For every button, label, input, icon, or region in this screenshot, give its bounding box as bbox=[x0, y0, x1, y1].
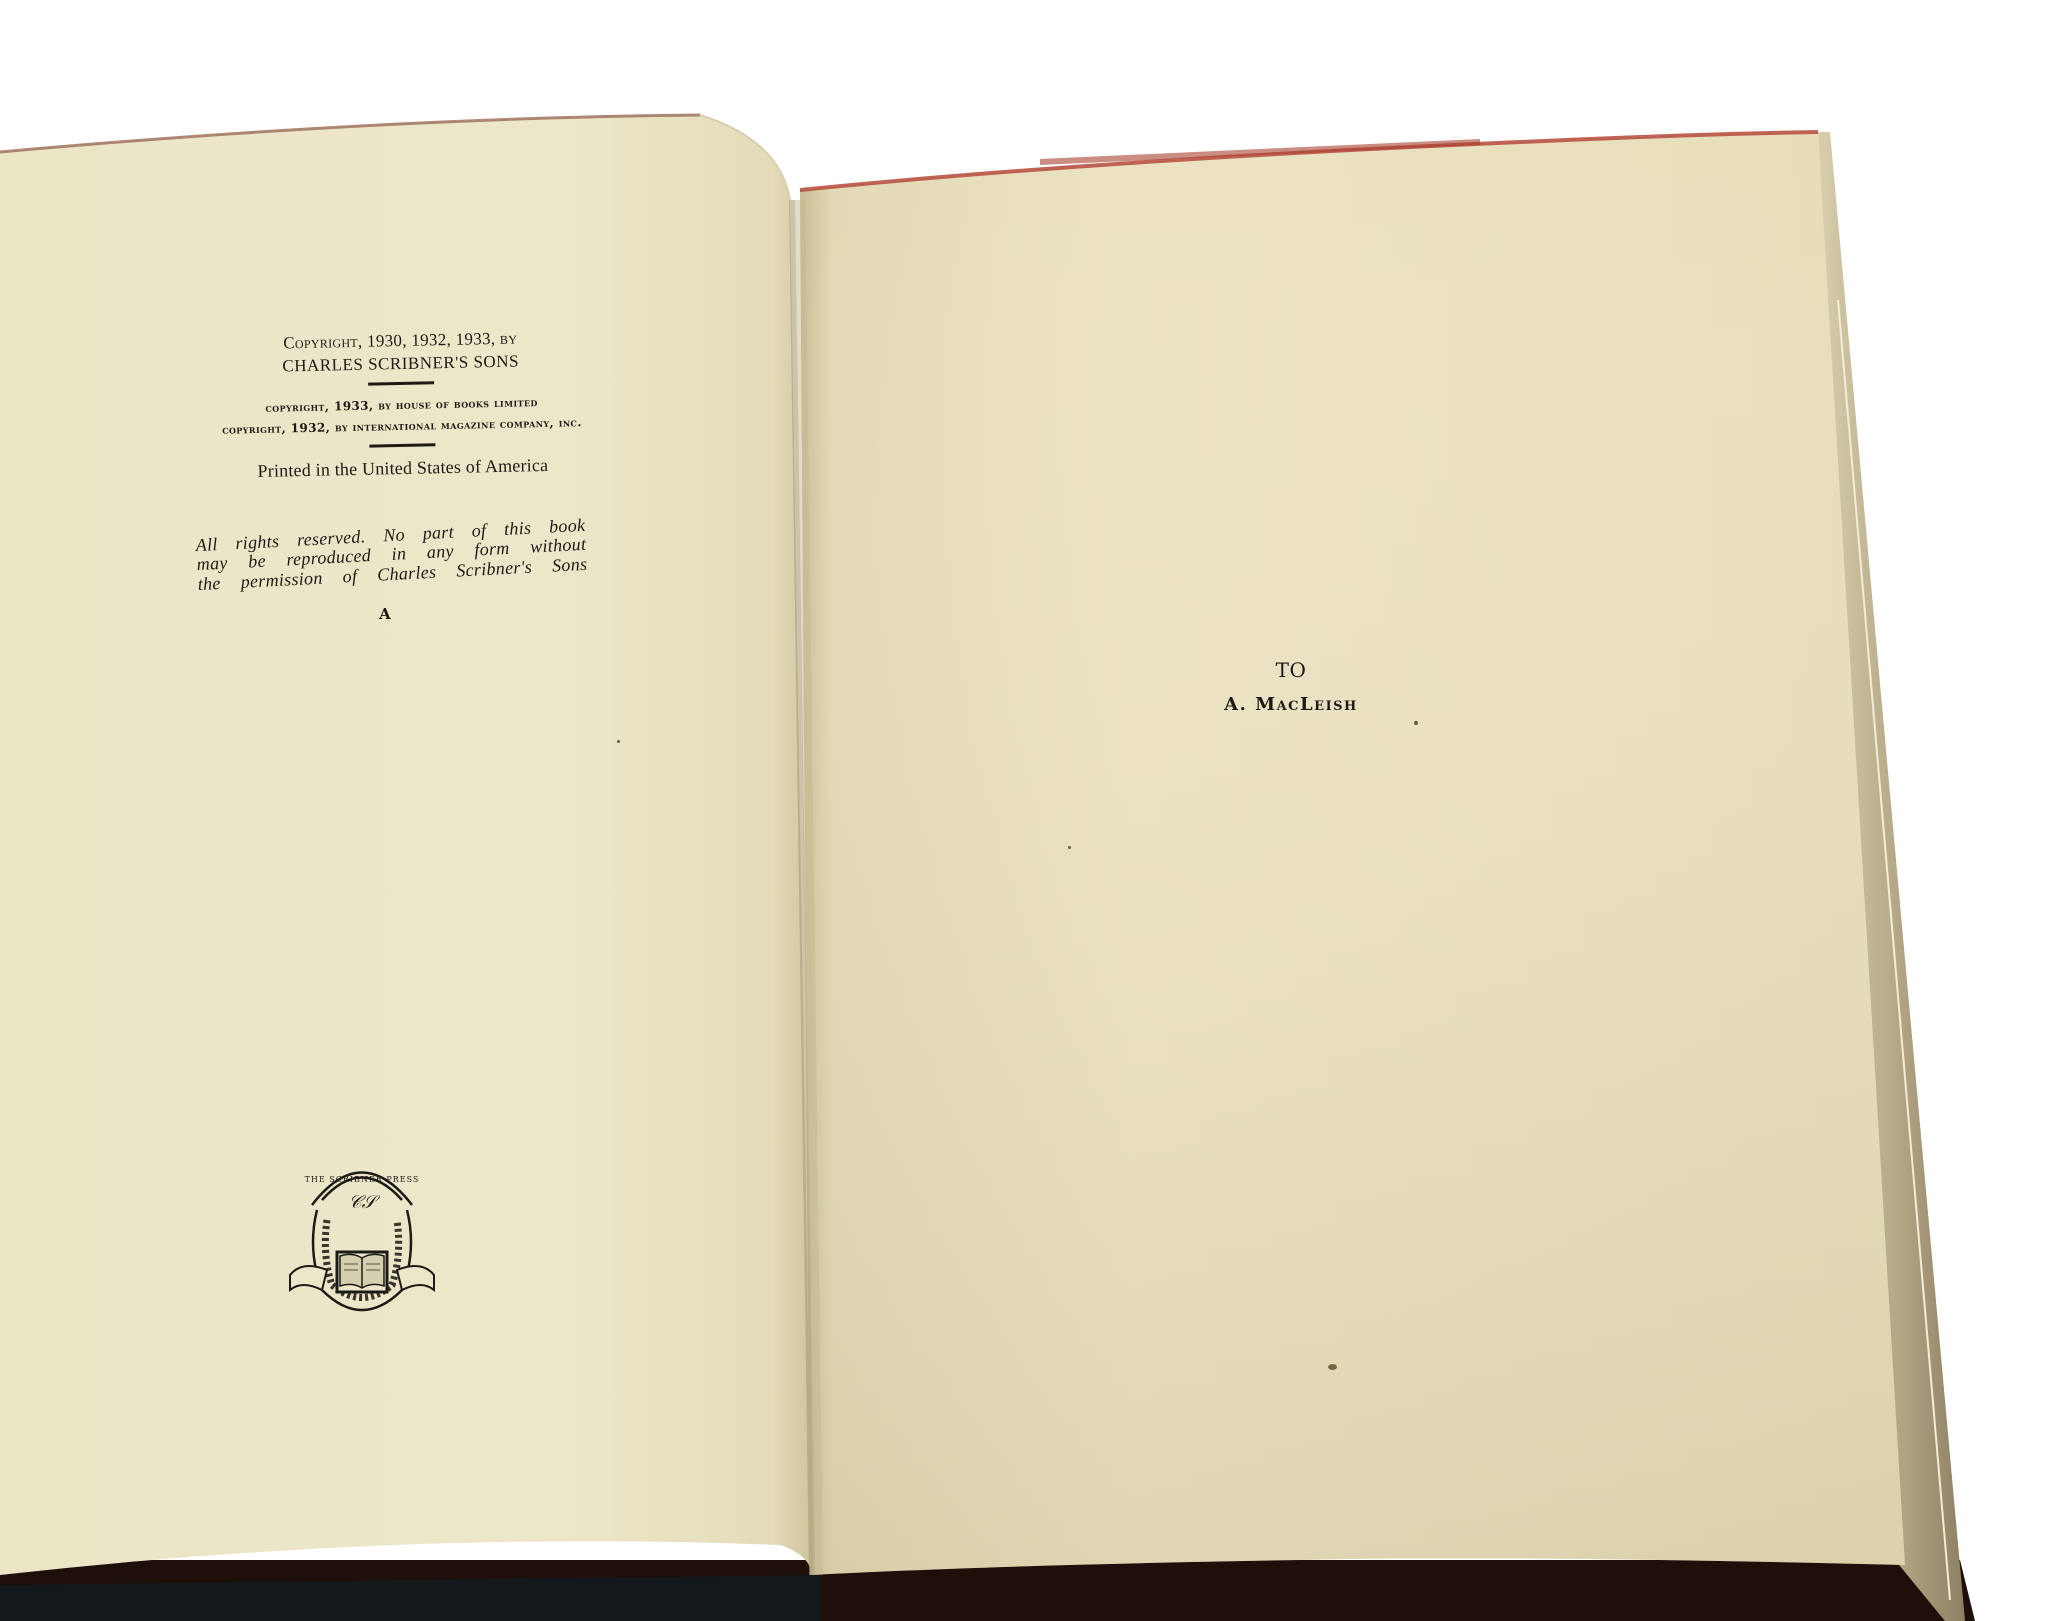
paper-speck bbox=[1068, 846, 1071, 849]
dedication-name: A. MacLeish bbox=[1132, 694, 1450, 715]
paper-speck bbox=[1414, 721, 1418, 725]
paper-speck bbox=[1328, 1364, 1337, 1370]
open-book-photo: Copyright, 1930, 1932, 1933, by CHARLES … bbox=[0, 0, 2048, 1621]
open-book-shape bbox=[0, 0, 2048, 1621]
printing-code: A bbox=[370, 605, 400, 623]
divider-rule bbox=[369, 443, 435, 447]
svg-text:𝒞𝒮: 𝒞𝒮 bbox=[348, 1192, 380, 1213]
svg-text:THE SCRIBNER PRESS: THE SCRIBNER PRESS bbox=[305, 1175, 420, 1184]
scribner-press-seal-icon: THE SCRIBNER PRESS 𝒞𝒮 bbox=[282, 1160, 442, 1330]
divider-rule bbox=[368, 381, 434, 385]
paper-speck bbox=[617, 740, 620, 743]
dedication: TO A. MacLeish bbox=[1150, 658, 1450, 715]
copyright-notice: Copyright, 1930, 1932, 1933, by CHARLES … bbox=[140, 325, 663, 485]
dedication-to: TO bbox=[1132, 658, 1450, 682]
